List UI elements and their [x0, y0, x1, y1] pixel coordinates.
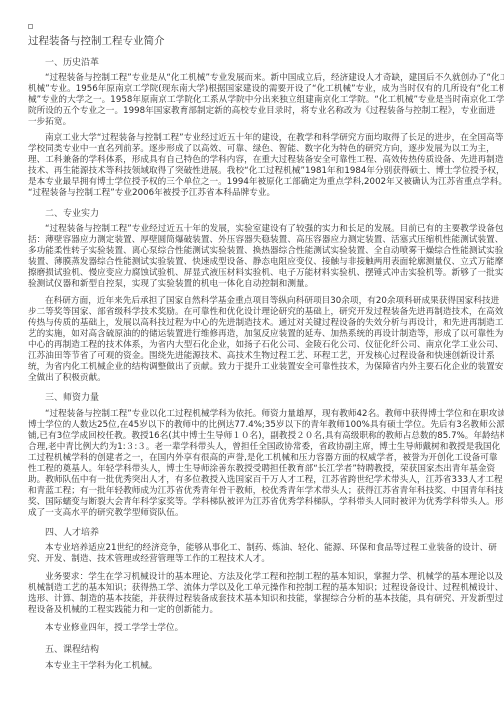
paragraph-line: 在科研方面，近年来先后承担了国家自然科学基金重点项目等纵向科研项目30余项，有2… — [45, 296, 499, 307]
paragraph-line: 多功能柔性转子实验装置、离心泵综合性能测试实验装置、换热器综合性能测试实验装置、… — [28, 246, 503, 257]
paragraph-line: 本专业修业四年，授工学学士学位。 — [45, 623, 183, 634]
paragraph-line: 选形、计算、制造的基本技能，并获得过程装备成套技术基本知识和技能，掌握综合分析的… — [28, 594, 503, 605]
paragraph-line: 是本专业最早拥有博士学位授予权的三个单位之一。1994年被原化工部确定为重点学科… — [28, 177, 504, 188]
paragraph-line: 械”专业的大学之一。1958年原南京工学院化工系从学院中分出来独立组建南京化工学… — [28, 95, 504, 106]
paragraph-line: 和青蓝工程；有一批年轻教师成为江苏省优秀青年骨干教师，校优秀青年学术带头人；获得… — [28, 486, 503, 497]
paragraph-line: 全做出了积极贡献。 — [28, 373, 106, 384]
paragraph-line: 铺,已有3位学成回校任教。教授16名(其中博士生导师１０名)，副教授２０名,具有… — [28, 431, 504, 442]
section-heading-strength: 二、专业实力 — [45, 206, 99, 219]
paragraph-line: 传热与传质的基础上，发展以高科技过程为中心的先进制造技术。通过对关键过程设备的失… — [28, 318, 503, 329]
paragraph-line: 学校同类专业中一直名列前茅。逐步形成了以高效、可靠、绿色、智能、数字化为特色的研… — [28, 144, 495, 155]
paragraph-line: 院所设的五个专业之一。1998年国家教育部制定新的高校专业目录时，将专业名称改为… — [28, 106, 495, 117]
paragraph-line: 中心的再制造工程的技术体系，为省内大型石化企业，如扬子石化公司、金陵石化公司、仪… — [28, 340, 503, 351]
paragraph-line: 理、工科兼备的学科体系，形成具有自己特色的学科内容，在重大过程装备安全可靠性工程… — [28, 155, 503, 166]
paragraph-line: 统，为省内化工机械企业的结构调整做出了贡献。致力于提升工业装置安全可靠性技术，为… — [28, 362, 503, 373]
section-heading-talent: 四、人才培养 — [45, 525, 99, 538]
paragraph-line: 本专业主干学科为化工机械。 — [45, 661, 157, 672]
paragraph-line: 步二等奖等国家、部省级科学技术奖励。在可靠性和优化设计理论研究的基础上，研究开发… — [28, 307, 503, 318]
paragraph-line: 合理,老中青比例大约为1:３:３。老一辈学科带头人，曾担任全国政协常委，省政协副… — [28, 442, 500, 453]
paragraph-line: 程设备及机械的工程实践能力和一定的创新能力。 — [28, 605, 218, 616]
paragraph-line: 奖、国际蠕变与断裂大会青年科学家奖等。学科梯队被评为江苏省优秀学科梯队，学科带头… — [28, 497, 503, 508]
bullet-marker-icon — [28, 24, 33, 29]
paragraph-line: “过程装备与控制工程”专业2006年被授予江苏省本科品牌专业。 — [28, 188, 275, 199]
paragraph-line: 装置、薄膜蒸发器综合性能测试实验装置、快速成型设备、静态电阻应变仪、接触与非接触… — [28, 257, 503, 268]
section-heading-curriculum: 五、课程结构 — [45, 642, 99, 655]
paragraph-line: 究、开发、制造、技术管理或经营管理等工作的工程技术人才。 — [28, 554, 270, 565]
document-page: 过程装备与控制工程专业简介 一、历史沿革 “过程装备与控制工程”专业是从“化工机… — [0, 0, 504, 713]
paragraph-line: 机械”专业。1956年原南京工学院(现东南大学)根据国家建设的需要开设了“化工机… — [28, 84, 504, 95]
paragraph-line: 业务要求：学生在学习机械设计的基本理论、方法及化学工程和控制工程的基本知识，掌握… — [45, 572, 503, 583]
paragraph-line: 验测试仪器和新型自控泵，实现了实验装置的机电一体化自动控制和测量。 — [28, 279, 313, 290]
paragraph-line: 博士学位的人数达25位,在45岁以下的教师中的比例达77.4%;35岁以下的青年… — [28, 420, 504, 431]
paragraph-line: 本专业培养适应21世纪的经济竞争，能够从事化工、制药、炼油、轻化、能源、环保和食… — [45, 543, 497, 554]
paragraph-line: 技术、再生能源技术等科技领域取得了突破性进展。我校“化工过程机械”1981年和1… — [28, 166, 504, 177]
paragraph-line: 成了一支高水平的研究教学型师资队伍。 — [28, 508, 184, 519]
paragraph-line: 助。教师队伍中有一批优秀突出人才，有多位教授入选国家百千万人才工程，江苏省跨世纪… — [28, 475, 503, 486]
paragraph-line: 艺的实施，如对高含硫原油的的储运装置进行维修再造，加氢反应装置的延寿、加热系统的… — [28, 329, 503, 340]
paragraph-line: 性工程的奠基人。年轻学科带头人，博士生导师涂善东教授受聘担任教育部“长江学者”特… — [28, 464, 495, 475]
paragraph-line: 括：薄壁容器应力测定装置、厚壁圆筒爆破装置、外压容器失稳装置、高压容器应力测定装… — [28, 235, 503, 246]
paragraph-line: 擦磨损试验机、慢应变应力腐蚀试验机、屏显式液压材料实验机、电子万能材料实验机、摆… — [28, 268, 503, 279]
paragraph-line: “过程装备与控制工程”专业是从“化工机械”专业发展而来。新中国成立后，经济建设人… — [45, 73, 504, 84]
section-heading-history: 一、历史沿革 — [45, 55, 99, 68]
paragraph-line: 机械制造工艺的基本知识；获得热工学、流体力学以及化工单元操作和控制工程的基本知识… — [28, 583, 503, 594]
document-title: 过程装备与控制工程专业简介 — [28, 33, 165, 48]
paragraph-line: 南京工业大学“过程装备与控制工程”专业经过近五十年的建设，在教学和科学研究方面均… — [45, 133, 503, 144]
paragraph-line: “过程装备与控制工程”专业经过近五十年的发展，实验室建设有了较强的实力和长足的发… — [45, 224, 503, 235]
paragraph-line: “过程装备与控制工程”专业以化工过程机械学科为依托。师资力量雄厚，现有教师42名… — [45, 409, 504, 420]
section-heading-faculty: 三、师资力量 — [45, 390, 99, 403]
paragraph-line: 江苏油田等节省了可观的资金。围绕先进能源技术、高技术生物过程工艺、环程工艺，开发… — [28, 351, 495, 362]
paragraph-line: 工过程机械学科的创建者之一，在国内外享有很高的声誉,是化工机械和压力容器方面的权… — [28, 453, 498, 464]
paragraph-line: 一步拓宽。 — [28, 117, 71, 128]
